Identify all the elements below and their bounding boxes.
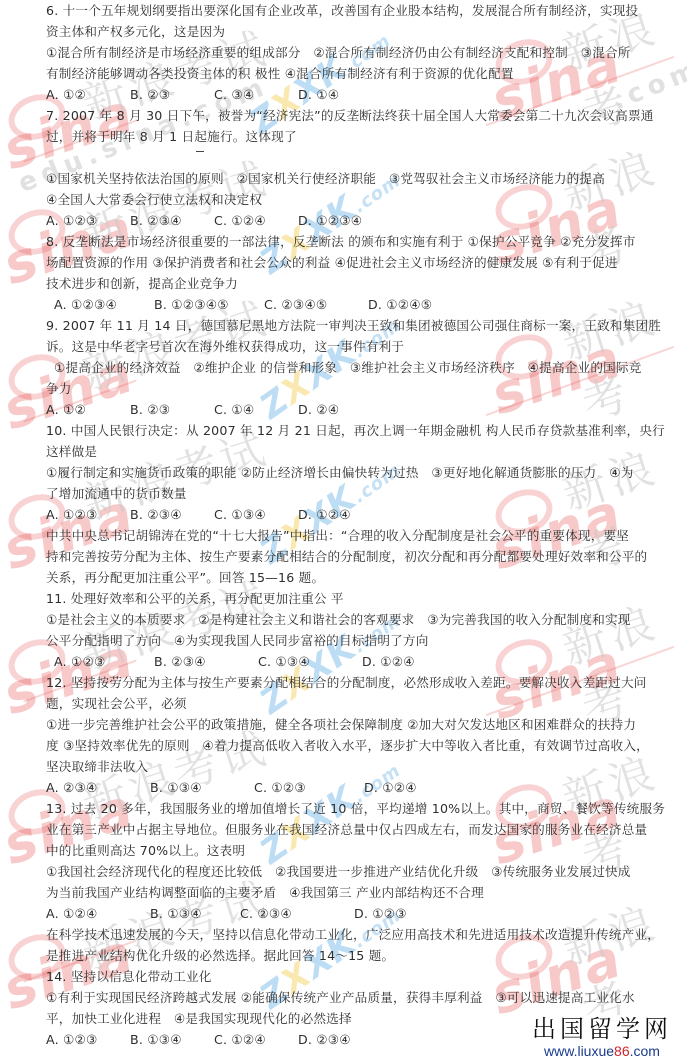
choice-b[interactable]: B. ①③④	[150, 906, 240, 922]
choice-c[interactable]: C. ②③④	[240, 906, 354, 922]
choice-b[interactable]: B. ②③④	[130, 507, 214, 523]
choice-d[interactable]: D. ①②③④	[298, 213, 362, 229]
option-statements: 度 ③坚持效率优先的原则 ④着力提高低收入者收入水平，逐步扩大中等收入者比重，有…	[46, 738, 666, 754]
choice-d[interactable]: D. ②④	[298, 402, 339, 418]
option-statements: ①是社会主义的本质要求 ②是构建社会主义和谐社会的客观要求 ③为完善我国的收入分…	[46, 612, 666, 628]
choice-b[interactable]: B. ①③④	[130, 1032, 214, 1048]
option-statements: ①我国社会经济现代化的程度还比较低 ②我国要进一步推进产业结优化升级 ③传统服务…	[46, 864, 666, 880]
choice-a[interactable]: A. ①②③	[46, 507, 130, 523]
passage-text: 中共中央总书记胡锦涛在党的“十七大报告”中指出：“合理的收入分配制度是社会公平的…	[46, 528, 666, 544]
question-text: 场配置资源的作用 ③保护消费者和社会公众的利益 ④促进社会主义市场经济的健康发展…	[46, 255, 666, 271]
answer-choices: A. ①②③ B. ②③④ C. ①②④ D. ①②③④	[46, 213, 666, 229]
question-text: 资主体和产权多元化，这是因为	[46, 24, 666, 40]
option-statements: ①进一步完善维护社会公平的政策措施，健全各项社会保障制度 ②加大对欠发达地区和困…	[46, 717, 666, 733]
answer-choices: A. ①②④ B. ①③④ C. ②③④ D. ①②③	[46, 906, 666, 922]
answer-choices: A. ①②③④ B. ①②③④⑤ C. ②③④⑤ D. ①②④⑤	[54, 297, 674, 313]
choice-c[interactable]: C. ②③④⑤	[264, 297, 368, 313]
option-statements: 了增加流通中的货币数量	[46, 486, 666, 502]
option-statements: 有制经济能够调动各类投资主体的积 极性 ④混合所有制经济有利于资源的优化配置	[46, 66, 666, 82]
choice-b[interactable]: B. ①③④	[150, 780, 254, 796]
sina-eye-icon	[3, 202, 72, 262]
divider-dash	[196, 151, 204, 152]
choice-b[interactable]: B. ②③	[130, 402, 214, 418]
option-statements: ①国家机关坚持依法治国的原则 ②国家机关行使经济职能 ③党驾驭社会主义市场经济能…	[46, 171, 666, 187]
passage-text: 持和完善按劳分配为主体、按生产要素分配相结合的分配制度，初次分配和再分配都要处理…	[46, 549, 666, 565]
question-text: 诉。这是中华老字号首次在海外维权获得成功，这一事件有利于	[46, 339, 666, 355]
liuxue86-logo[interactable]: 出国留学网 www.liuxue86.com	[527, 1015, 677, 1059]
choice-a[interactable]: A. ①②③④	[54, 297, 154, 313]
choice-d[interactable]: D. ①②③	[354, 906, 407, 922]
option-statements: 为当前我国产业结构调整面临的主要矛盾 ④我国第三 产业内部结构还不合理	[46, 885, 666, 901]
question-text: 11. 处理好效率和公平的关系，再分配更加注重公 平	[46, 591, 666, 607]
sina-eye-icon	[3, 347, 72, 407]
question-text: 13. 过去 20 多年，我国服务业的增加值增长了近 10 倍，平均递增 10%…	[46, 801, 666, 817]
answer-choices: A. ②③④ B. ①③④ C. ①②③ D. ①②④	[46, 780, 666, 796]
option-statements: ①混合所有制经济是市场经济重要的组成部分 ②混合所有制经济仍由公有制经济支配和控…	[46, 45, 666, 61]
answer-choices: A. ①② B. ②③ C. ③④ D. ①④	[46, 87, 666, 103]
question-text: 技术进步和创新，提高企业竞争力	[46, 276, 666, 292]
option-statements: 公平分配指明了方向 ④为实现我国人民同步富裕的目标指明了方向	[46, 633, 666, 649]
choice-c[interactable]: C. ①③④	[258, 654, 362, 670]
choice-a[interactable]: A. ①②③	[54, 654, 154, 670]
choice-d[interactable]: D. ②③④	[298, 1032, 351, 1048]
question-text: 6. 十一个五年规划纲要指出要深化国有企业改革，改善国有企业股本结构，发展混合所…	[46, 3, 666, 19]
choice-d[interactable]: D. ①②④	[362, 654, 415, 670]
choice-b[interactable]: B. ①②③④⑤	[154, 297, 264, 313]
option-statements: ④全国人大常委会行使立法权和决定权	[46, 192, 666, 208]
choice-d[interactable]: D. ①②④⑤	[368, 297, 432, 313]
passage-text: 是推进产业结构优化升级的必然选择。据此回答 14～15 题。	[46, 948, 666, 964]
choice-a[interactable]: A. ①②③	[46, 213, 130, 229]
choice-a[interactable]: A. ①②③	[46, 1032, 130, 1048]
question-text: 这样做是	[46, 444, 666, 460]
passage-text: 关系，再分配更加注重公平”。回答 15—16 题。	[46, 570, 666, 586]
exam-page: sina 新浪考试 edu.sina.com sina 新浪考试 sina 新浪…	[0, 0, 687, 1063]
choice-c[interactable]: C. ①③④	[214, 507, 298, 523]
choice-d[interactable]: D. ①④	[298, 87, 339, 103]
logo-title: 出国留学网	[527, 1015, 677, 1043]
choice-b[interactable]: B. ②③	[130, 87, 214, 103]
choice-c[interactable]: C. ①②④	[214, 1032, 298, 1048]
choice-a[interactable]: A. ①②	[46, 87, 130, 103]
option-statements: ①提高企业的经济效益 ②维护企业 的信誉和形象 ③维护社会主义市场经济秩序 ④提…	[54, 360, 674, 376]
option-statements: ①有利于实现国民经济跨越式发展 ②能确保传统产业产品质量，获得丰厚利益 ③可以迅…	[46, 990, 666, 1006]
question-text: 10. 中国人民银行决定：从 2007 年 12 月 21 日起，再次上调一年期…	[46, 423, 666, 439]
choice-c[interactable]: C. ①④	[214, 402, 298, 418]
question-text: 14. 坚持以信息化带动工业化	[46, 969, 666, 985]
option-statements: 坚决取缔非法收入	[46, 759, 666, 775]
question-text: 7. 2007 年 8 月 30 日下午，被誉为“经济宪法”的反垄断法终获十届全…	[46, 108, 666, 124]
choice-c[interactable]: C. ③④	[214, 87, 298, 103]
choice-a[interactable]: A. ①②④	[46, 906, 150, 922]
question-text: 8. 反垄断法是市场经济很重要的一部法律，反垄断法 的颁布和实施有利于 ①保护公…	[46, 234, 666, 250]
answer-choices: A. ①②③ B. ②③④ C. ①③④ D. ①②④	[46, 507, 666, 523]
choice-b[interactable]: B. ②③④	[154, 654, 258, 670]
choice-c[interactable]: C. ①②④	[214, 213, 298, 229]
passage-text: 在科学技术迅速发展的今天，坚持以信息化带动工业化，广泛应用高技术和先进适用技术改…	[46, 927, 666, 943]
choice-d[interactable]: D. ①②④	[364, 780, 417, 796]
choice-b[interactable]: B. ②③④	[130, 213, 214, 229]
choice-a[interactable]: A. ②③④	[46, 780, 150, 796]
option-statements: ①履行制定和实施货币政策的职能 ②防止经济增长由偏快转为过热 ③更好地化解通货膨…	[46, 465, 666, 481]
question-text: 中的比重则高达 70%以上。这表明	[46, 843, 666, 859]
question-text: 过，并将于明年 8 月 1 日起施行。这体现了	[46, 129, 666, 145]
sina-eye-icon	[490, 327, 559, 387]
answer-choices: A. ①② B. ②③ C. ①④ D. ②④	[46, 402, 666, 418]
question-text: 9. 2007 年 11 月 14 日，德国慕尼黑地方法院一审判决王致和集团被德…	[46, 318, 666, 334]
option-statements: 争力	[46, 381, 666, 397]
question-text: 12. 坚持按劳分配为主体与按生产要素分配相结合的分配制度，必然形成收入差距。要…	[46, 675, 666, 691]
sina-eye-icon	[490, 32, 559, 92]
choice-a[interactable]: A. ①②	[46, 402, 130, 418]
logo-url: www.liuxue86.com	[527, 1043, 677, 1059]
question-text: 业在第三产业中占据主导地位。但服务业在我国经济总量中仅占四成左右，而发达国家的服…	[46, 822, 666, 838]
answer-choices: A. ①②③ B. ②③④ C. ①③④ D. ①②④	[54, 654, 674, 670]
question-text: 题，实现社会公平，必须	[46, 696, 666, 712]
choice-d[interactable]: D. ①②④	[298, 507, 351, 523]
choice-c[interactable]: C. ①②③	[254, 780, 364, 796]
